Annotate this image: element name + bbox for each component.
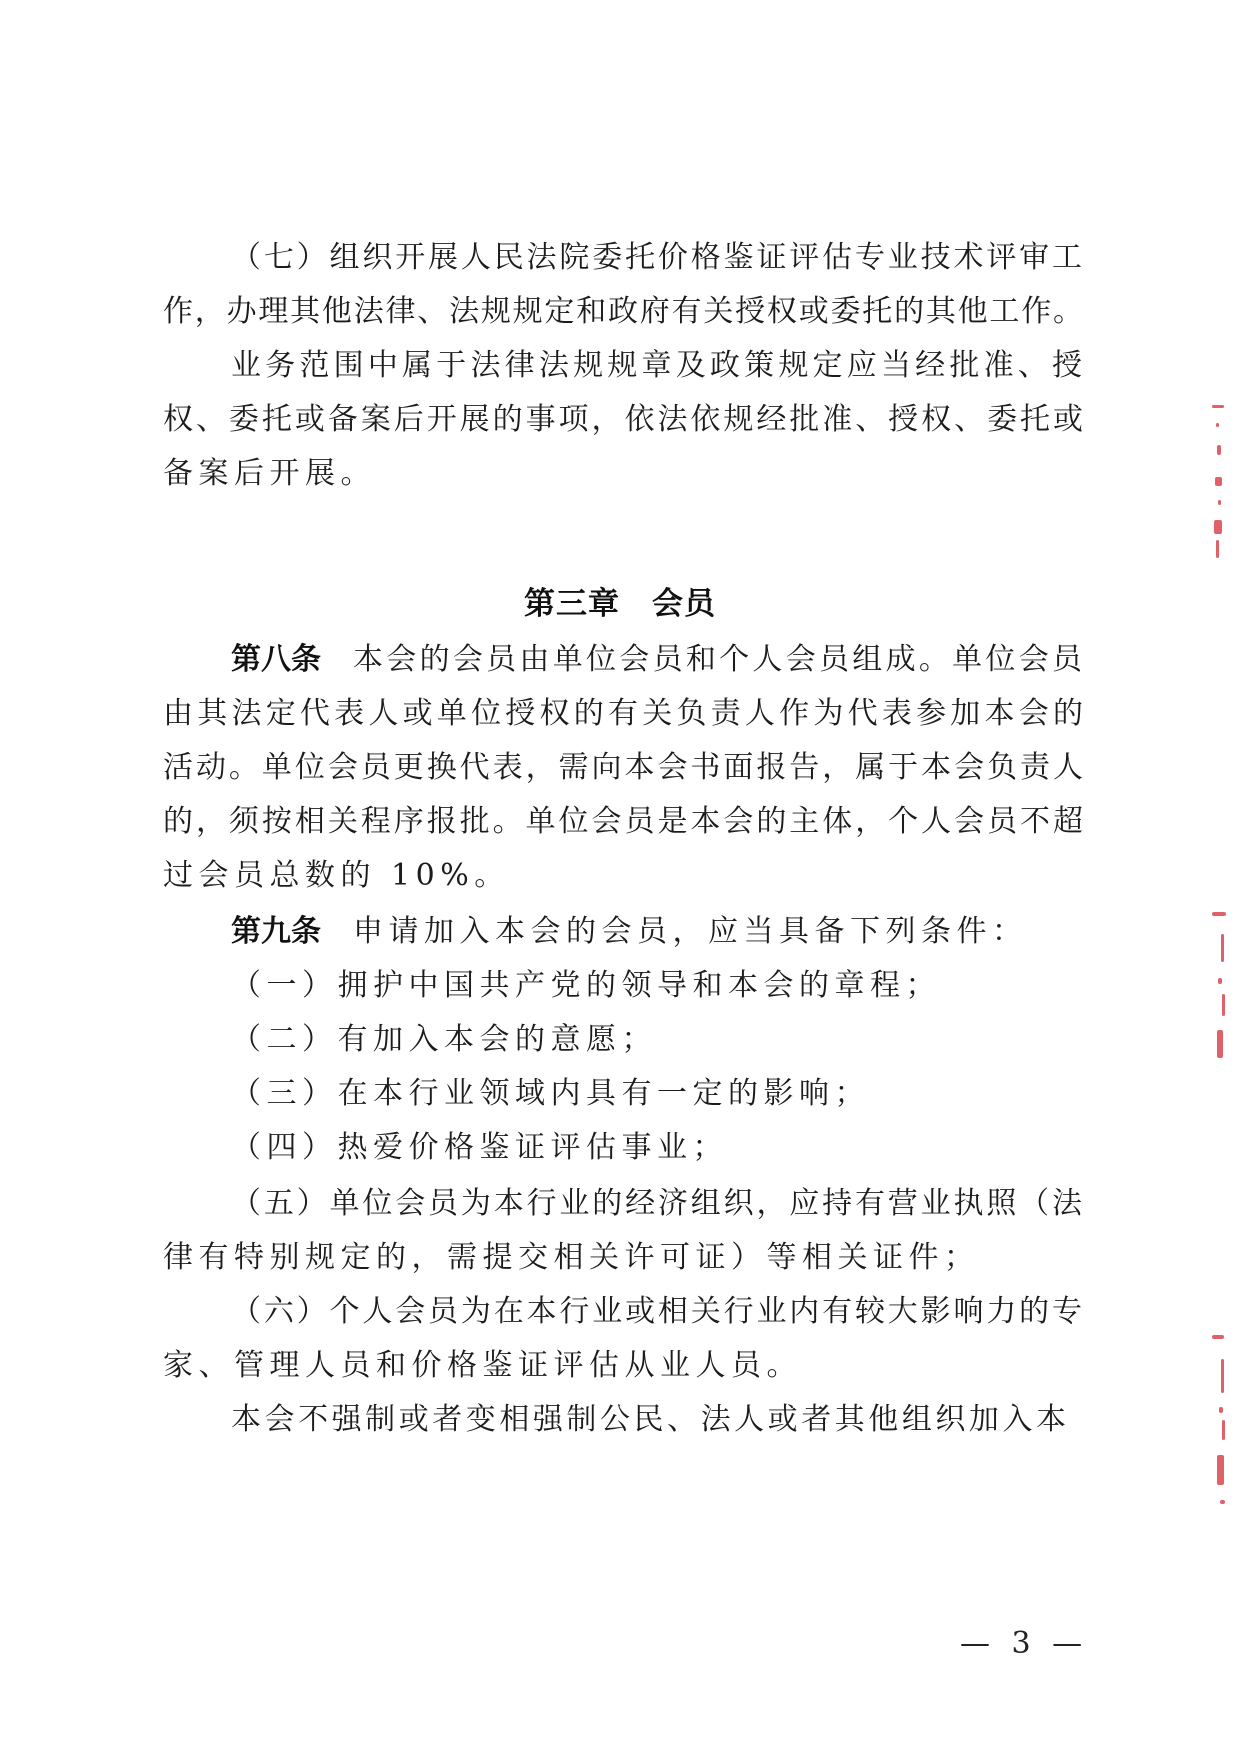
article-9-first-line: 第九条 申请加入本会的会员，应当具备下列条件： (231, 912, 1082, 952)
paragraph-line: 本会的会员由单位会员和个人会员组成。单位会员 (353, 640, 1082, 680)
page-number: — 3 — (960, 1626, 1088, 1662)
seal-fragment-top (1212, 405, 1230, 570)
list-item: （二）有加入本会的意愿； (231, 1020, 1151, 1060)
paragraph-line: 作，办理其他法律、法规规定和政府有关授权或委托的其他工作。 (163, 292, 1083, 332)
paragraph-line: 权、委托或备案后开展的事项，依法依规经批准、授权、委托或 (163, 400, 1083, 440)
list-item: （四）热爱价格鉴证评估事业； (231, 1128, 1151, 1168)
list-item: （三）在本行业领域内具有一定的影响； (231, 1074, 1151, 1114)
paragraph-line: 的，须按相关程序报批。单位会员是本会的主体，个人会员不超 (163, 802, 1083, 842)
list-item: （六）个人会员为在本行业或相关行业内有较大影响力的专 (231, 1292, 1082, 1332)
paragraph-line: 本会不强制或者变相强制公民、法人或者其他组织加入本 (231, 1400, 1066, 1440)
article-8-label: 第八条 (231, 640, 321, 680)
paragraph-line: 活动。单位会员更换代表，需向本会书面报告，属于本会负责人 (163, 748, 1083, 788)
seal-fragment-middle (1212, 912, 1230, 1072)
paragraph-line: （七）组织开展人民法院委托价格鉴证评估专业技术评审工 (231, 238, 1082, 278)
list-item: （五）单位会员为本行业的经济组织，应持有营业执照（法 (231, 1184, 1082, 1224)
list-item: （一）拥护中国共产党的领导和本会的章程； (231, 966, 1151, 1006)
article-8-first-line: 第八条 本会的会员由单位会员和个人会员组成。单位会员 (231, 640, 1082, 680)
paragraph-line: 由其法定代表人或单位授权的有关负责人作为代表参加本会的 (163, 694, 1083, 734)
seal-fragment-bottom (1212, 1335, 1230, 1515)
paragraph-line: 过会员总数的 10%。 (163, 856, 1083, 896)
list-item-continuation: 律有特别规定的，需提交相关许可证）等相关证件； (163, 1238, 1083, 1278)
article-9-intro: 申请加入本会的会员，应当具备下列条件： (353, 912, 1028, 952)
paragraph-line: 备案后开展。 (163, 454, 1083, 494)
chapter-title: 第三章 会员 (0, 584, 1240, 624)
paragraph-line: 业务范围中属于法律法规规章及政策规定应当经批准、授 (231, 346, 1082, 386)
list-item-continuation: 家、管理人员和价格鉴证评估从业人员。 (163, 1346, 1083, 1386)
article-9-label: 第九条 (231, 912, 321, 952)
document-page: （七）组织开展人民法院委托价格鉴证评估专业技术评审工 作，办理其他法律、法规规定… (0, 0, 1240, 1754)
